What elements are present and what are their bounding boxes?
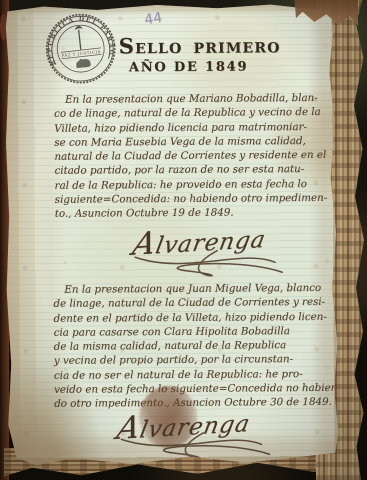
republic-seal-stamp-icon: REPUBLICA DEL PARAGUAY PAZ Y JUSTICIA bbox=[44, 12, 117, 85]
official-signature-1: Alvarenga bbox=[117, 222, 302, 283]
printed-header: SELLO PRIMERO AÑO DE 1849 bbox=[119, 32, 281, 75]
manuscript-page: REPUBLICA DEL PARAGUAY PAZ Y JUSTICIA 44… bbox=[3, 2, 340, 466]
pencil-page-number: 44 bbox=[143, 10, 163, 29]
manuscript-line: to., Asuncion Octubre 19 de 1849. bbox=[55, 205, 347, 221]
book-binding-edge bbox=[0, 0, 9, 480]
manuscript-line: siguiente=Concedida: no habiendo otro im… bbox=[55, 191, 347, 207]
document-photo: REPUBLICA DEL PARAGUAY PAZ Y JUSTICIA 44… bbox=[0, 0, 367, 480]
manuscript-line: de linage, natural de la Ciudad de Corri… bbox=[53, 295, 345, 311]
seal-pole bbox=[79, 30, 81, 50]
manuscript-entry-1: En la presentacion que Mariano Bobadilla… bbox=[54, 91, 347, 222]
manuscript-line: dente en el partido de la Villeta, hizo … bbox=[54, 309, 346, 325]
manuscript-line: co de linage, natural de la Republica y … bbox=[54, 105, 346, 121]
signature-rubric-flourish bbox=[117, 246, 297, 283]
seal-lion bbox=[76, 58, 91, 68]
header-sello-primero: SELLO PRIMERO bbox=[119, 32, 281, 58]
header-year: AÑO DE 1849 bbox=[129, 59, 281, 75]
manuscript-entry-2: En la presentacion que Juan Miguel Vega,… bbox=[53, 281, 346, 412]
